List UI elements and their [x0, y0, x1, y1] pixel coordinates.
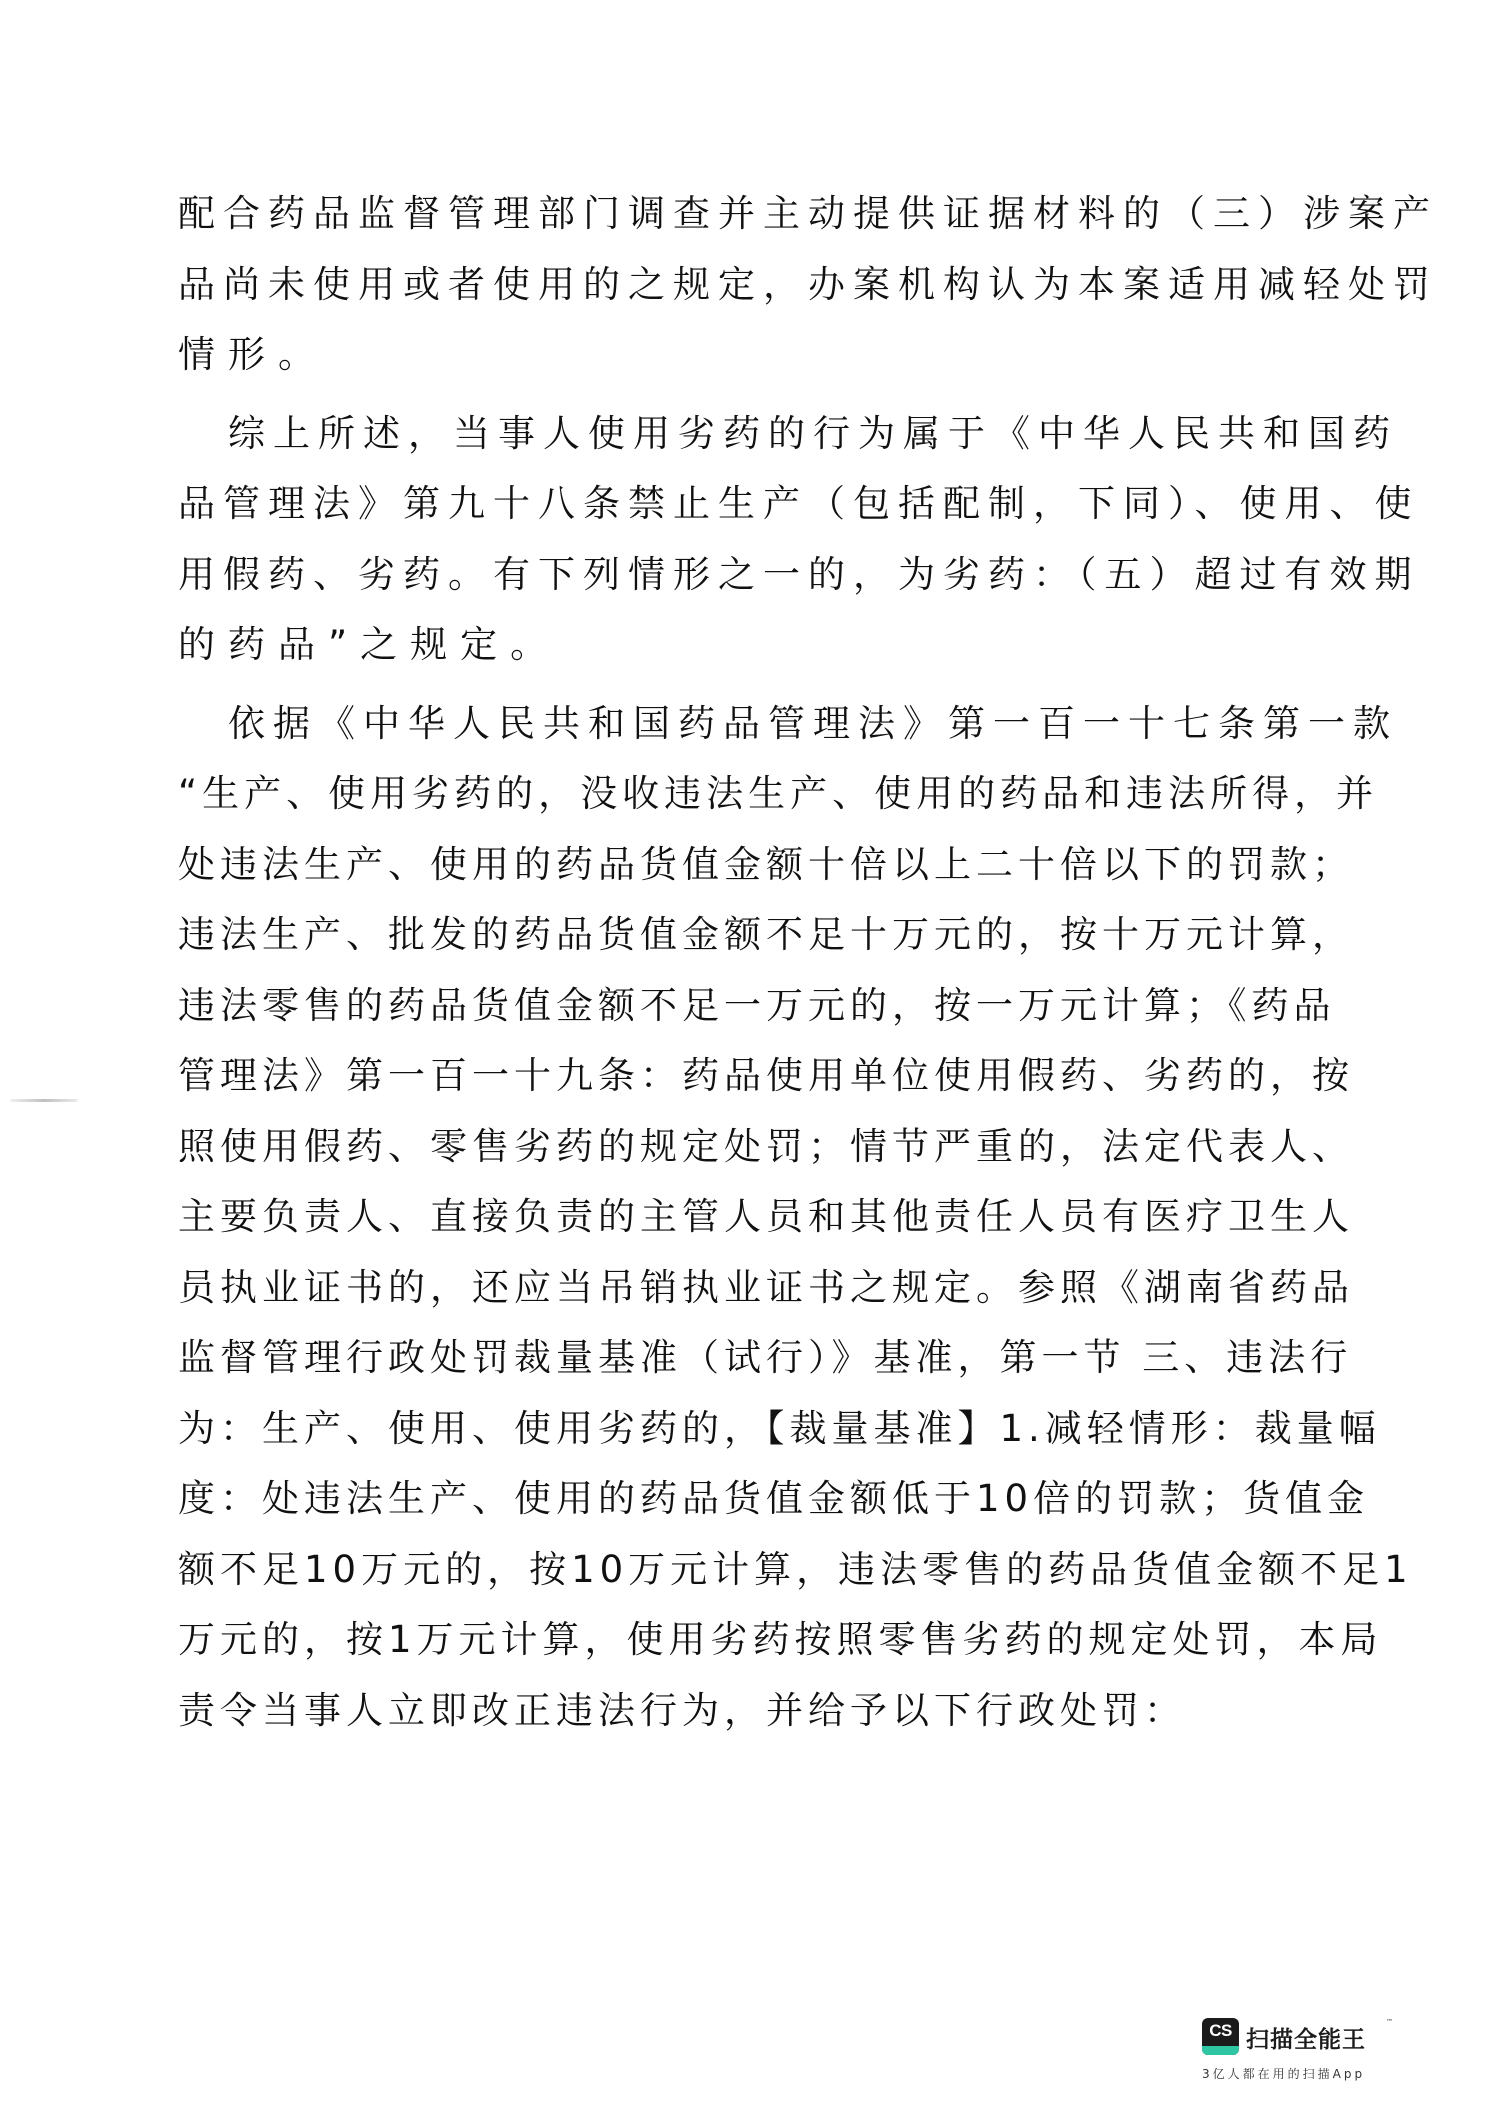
text-line: 主要负责人、直接负责的主管人员和其他责任人员有医疗卫生人: [178, 1189, 1308, 1260]
text-line: 为：生产、使用、使用劣药的，【裁量基准】1.减轻情形：裁量幅: [178, 1401, 1308, 1472]
scan-artifact-mark: [10, 1099, 78, 1102]
text-line: 违法生产、批发的药品货值金额不足十万元的，按十万元计算，: [178, 907, 1308, 978]
text-line: 违法零售的药品货值金额不足一万元的，按一万元计算；《药品: [178, 978, 1308, 1049]
logo-accent-bar: [1202, 2046, 1239, 2055]
text-line: 情形。: [178, 327, 1308, 398]
text-line: 度：处违法生产、使用的药品货值金额低于10倍的罚款；货值金: [178, 1471, 1308, 1542]
text-line: 照使用假药、零售劣药的规定处罚；情节严重的，法定代表人、: [178, 1119, 1308, 1190]
text-line: 综上所述，当事人使用劣药的行为属于《中华人民共和国药: [178, 406, 1308, 477]
text-line: 用假药、劣药。有下列情形之一的，为劣药：（五）超过有效期: [178, 547, 1308, 618]
trademark-symbol: ™: [1386, 2018, 1393, 2026]
text-line: 万元的，按1万元计算，使用劣药按照零售劣药的规定处罚，本局: [178, 1612, 1308, 1683]
text-line: 监督管理行政处罚裁量基准（试行）》基准，第一节 三、违法行: [178, 1330, 1308, 1401]
paragraph-3: 依据《中华人民共和国药品管理法》第一百一十七条第一款 “生产、使用劣药的，没收违…: [178, 696, 1308, 1754]
camscanner-logo-icon: CS: [1202, 2018, 1239, 2055]
paragraph-2: 综上所述，当事人使用劣药的行为属于《中华人民共和国药 品管理法》第九十八条禁止生…: [178, 406, 1308, 688]
text-line: 品尚未使用或者使用的之规定，办案机构认为本案适用减轻处罚: [178, 257, 1308, 328]
text-line: 处违法生产、使用的药品货值金额十倍以上二十倍以下的罚款；: [178, 837, 1308, 908]
watermark-title: 扫描全能王: [1246, 2021, 1366, 2054]
text-line: 员执业证书的，还应当吊销执业证书之规定。参照《湖南省药品: [178, 1260, 1308, 1331]
text-line: 品管理法》第九十八条禁止生产（包括配制，下同）、使用、使: [178, 476, 1308, 547]
document-body: 配合药品监督管理部门调查并主动提供证据材料的（三）涉案产 品尚未使用或者使用的之…: [178, 186, 1308, 1753]
scanned-document-page: 配合药品监督管理部门调查并主动提供证据材料的（三）涉案产 品尚未使用或者使用的之…: [0, 0, 1487, 2105]
text-line: 配合药品监督管理部门调查并主动提供证据材料的（三）涉案产: [178, 186, 1308, 257]
text-line: 的药品”之规定。: [178, 617, 1308, 688]
text-line: 依据《中华人民共和国药品管理法》第一百一十七条第一款: [178, 696, 1308, 767]
text-line: 管理法》第一百一十九条：药品使用单位使用假药、劣药的，按: [178, 1048, 1308, 1119]
watermark-subtitle: 3亿人都在用的扫描App: [1202, 2065, 1365, 2082]
logo-text: CS: [1202, 2021, 1239, 2041]
paragraph-1: 配合药品监督管理部门调查并主动提供证据材料的（三）涉案产 品尚未使用或者使用的之…: [178, 186, 1308, 398]
text-line: 责令当事人立即改正违法行为，并给予以下行政处罚：: [178, 1683, 1308, 1754]
text-line: 额不足10万元的，按10万元计算，违法零售的药品货值金额不足1: [178, 1542, 1308, 1613]
text-line: “生产、使用劣药的，没收违法生产、使用的药品和违法所得，并: [178, 766, 1308, 837]
camscanner-watermark: CS 扫描全能王 ™ 3亿人都在用的扫描App: [1202, 2018, 1402, 2088]
